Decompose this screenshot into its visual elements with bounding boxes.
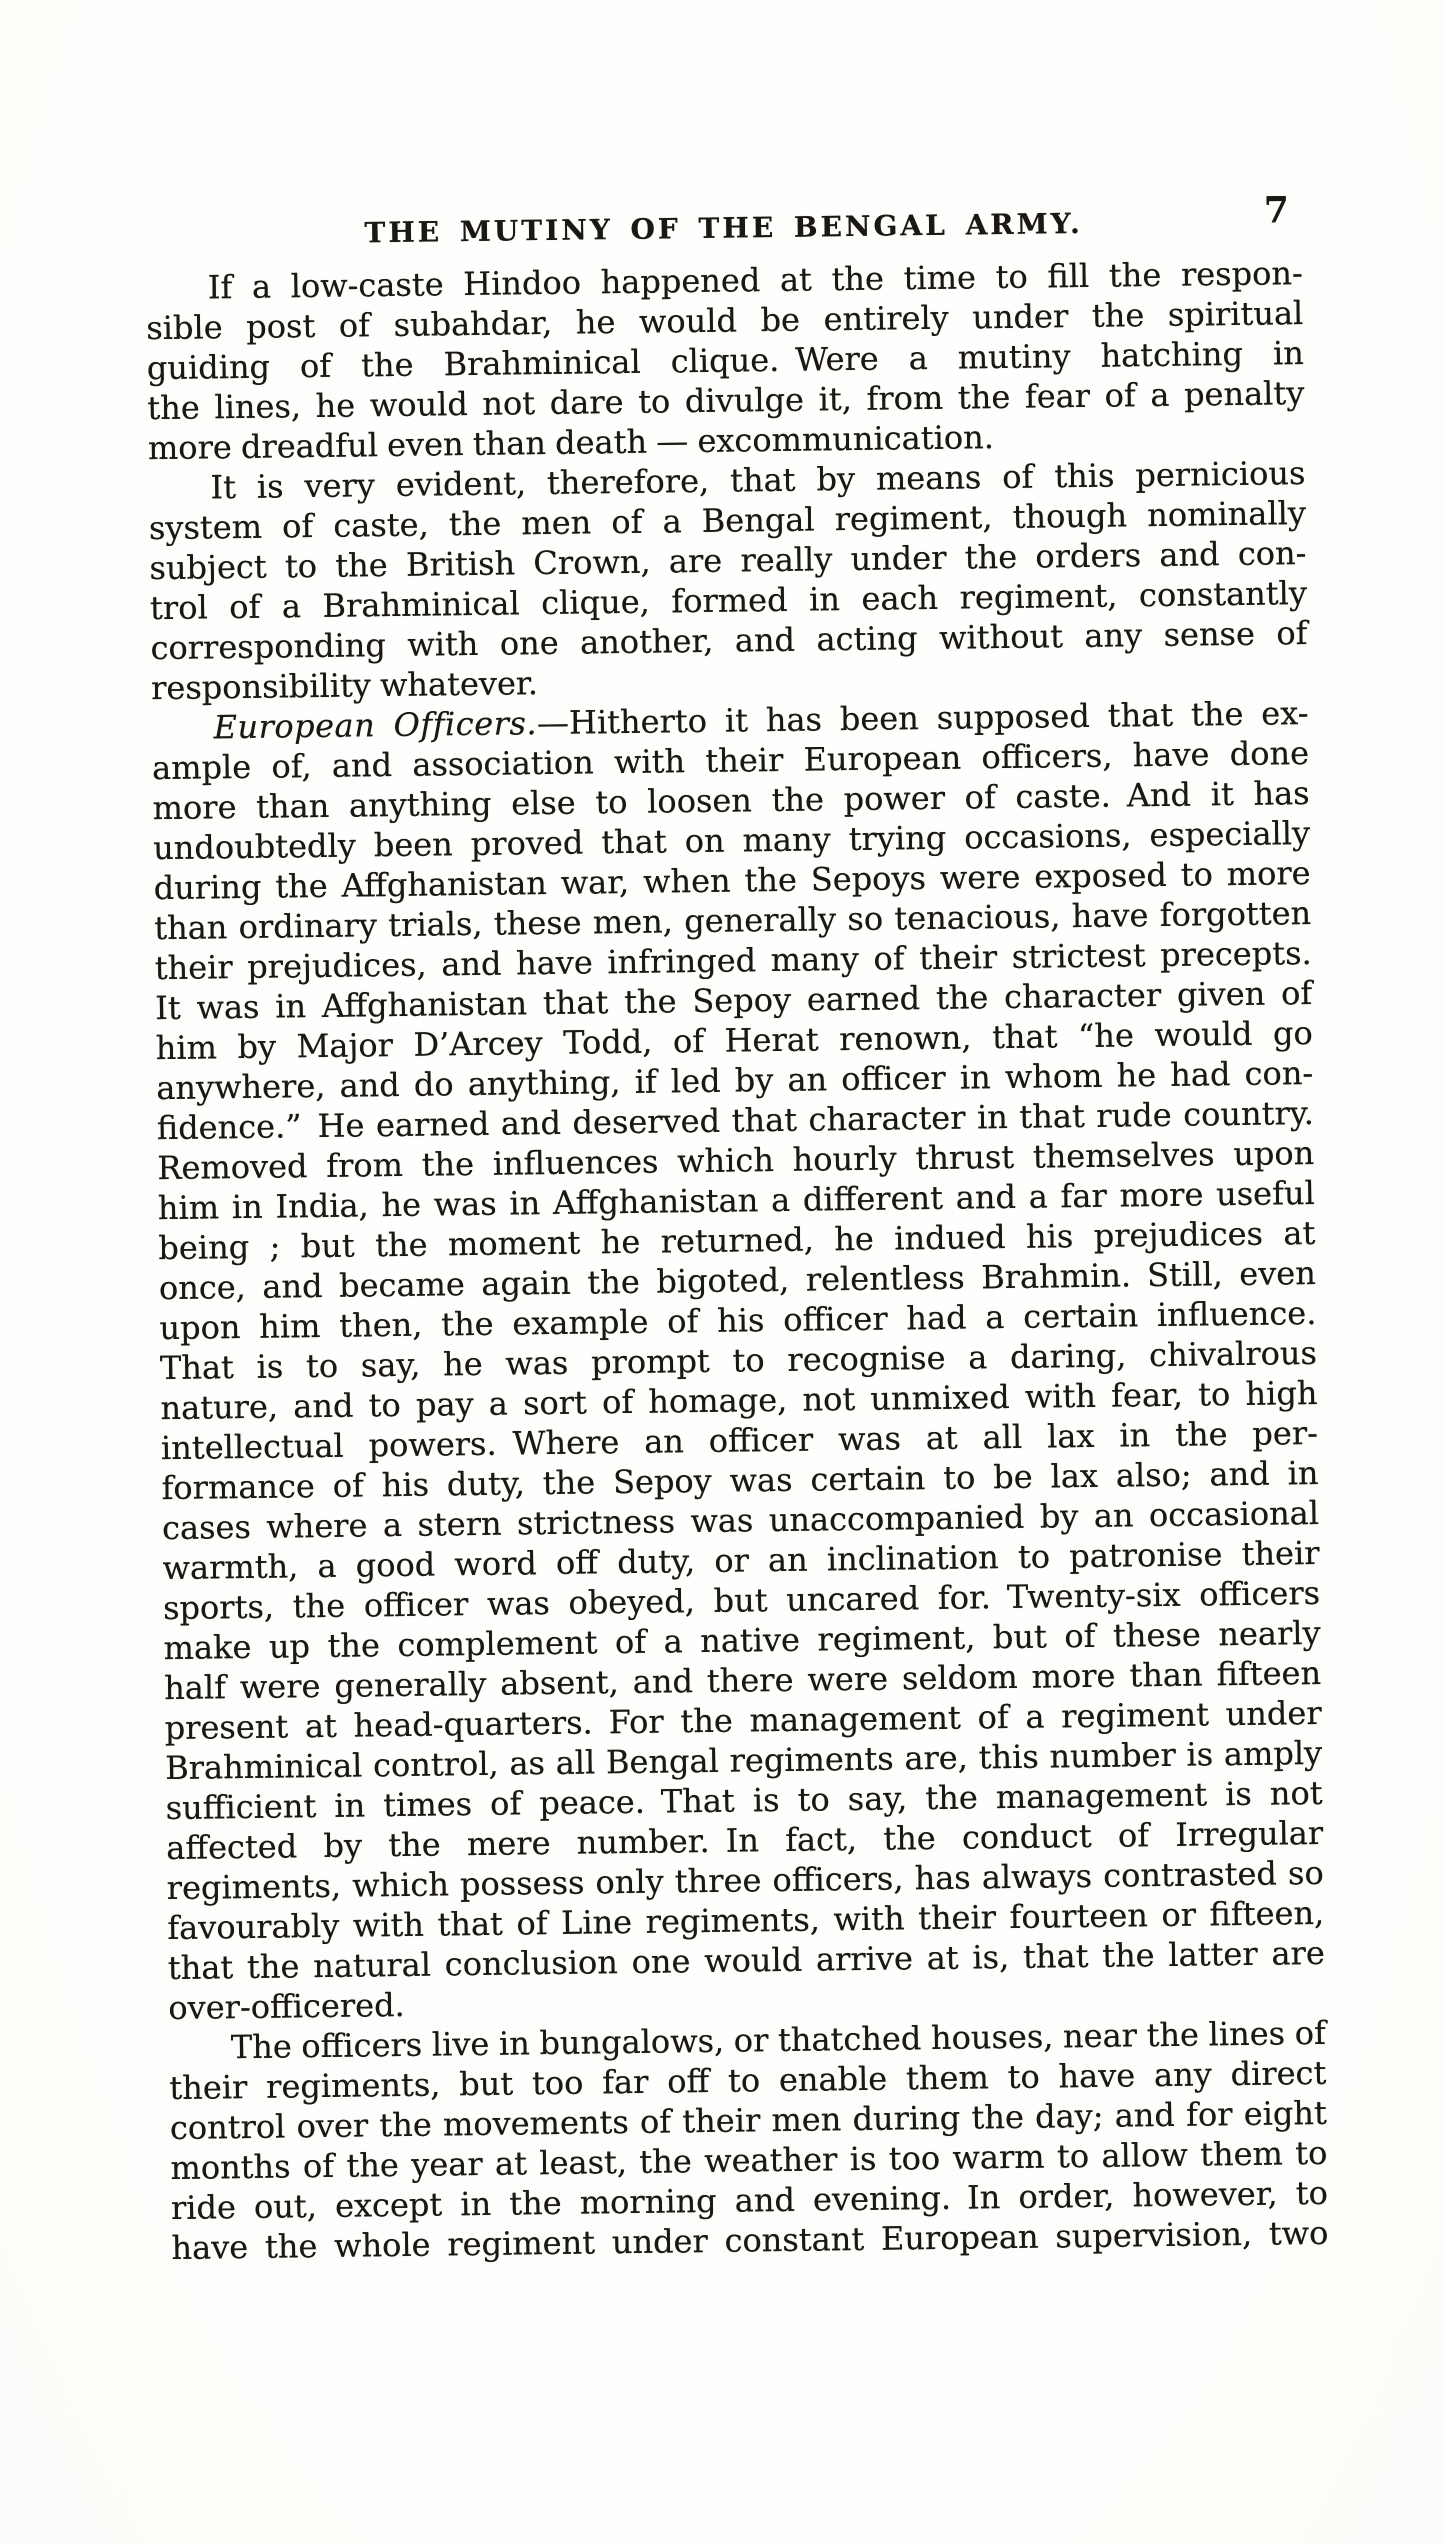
- paragraph: The officers live in bungalows, or thatc…: [169, 2013, 1329, 2268]
- paragraph: It is very evident, therefore, that by m…: [148, 453, 1308, 708]
- paragraph: European Officers.—Hitherto it has been …: [151, 693, 1325, 2028]
- page-body: If a low-caste Hindoo happened at the ti…: [146, 253, 1329, 2268]
- paragraph: If a low-caste Hindoo happened at the ti…: [146, 253, 1306, 468]
- running-header: THE MUTINY OF THE BENGAL ARMY.: [145, 201, 1302, 256]
- page-header-title: THE MUTINY OF THE BENGAL ARMY.: [364, 207, 1083, 249]
- section-lead-italic: European Officers.: [213, 704, 537, 746]
- scan-page: THE MUTINY OF THE BENGAL ARMY. 7 If a lo…: [0, 0, 1445, 2544]
- page-sheet: THE MUTINY OF THE BENGAL ARMY. 7 If a lo…: [0, 0, 1445, 2544]
- page-number: 7: [1264, 190, 1290, 230]
